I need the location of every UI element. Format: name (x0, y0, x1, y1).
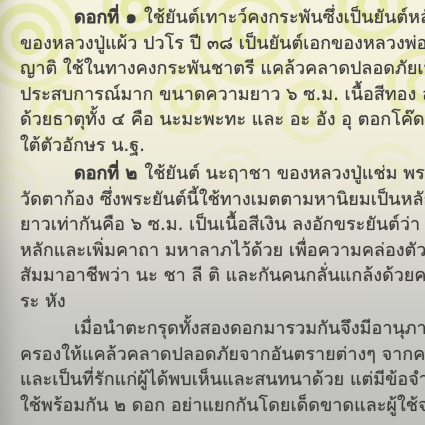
text-line: ประสบการณ์มาก ขนาดความยาว ๖ ซ.ม. เนื้อสี… (20, 82, 415, 108)
text-line: ของหลวงปู่แผ้ว ปวโร ปี ๓๘ เป็นยันต์เอกขอ… (20, 31, 415, 57)
paragraph-1: ดอกที่ ๑ใช้ยันต์เทาะว์คงกระพันซึ่งเป็นยั… (20, 5, 415, 158)
paragraph-lead: ดอกที่ ๑ (74, 7, 137, 28)
text-line: ดอกที่ ๒ใช้ยันต์ นะฤาชา ของหลวงปู่แช่ม พ… (20, 161, 415, 187)
text-line: ใต้ตัวอักษร น.ฐ. (20, 133, 415, 159)
text-line: ยาวเท่ากันคือ ๖ ซ.ม. เป็นเนื้อสีเงิน ลงอ… (20, 212, 415, 238)
text-line: ดอกที่ ๑ใช้ยันต์เทาะว์คงกระพันซึ่งเป็นยั… (20, 5, 415, 31)
text-line: ระ หัง (20, 289, 415, 315)
photo-of-document-page: ดอกที่ ๑ใช้ยันต์เทาะว์คงกระพันซึ่งเป็นยั… (0, 0, 425, 425)
paragraph-3: เมื่อนำตะกรุดทั้งสองดอกมารวมกันจึงมีอานุ… (20, 316, 415, 418)
text-line: วัดตาก้อง ซึ่งพระยันต์นี้ใช้ทางเมตตามหาน… (20, 187, 415, 213)
text-line-rest: ใช้ยันต์ นะฤาชา ของหลวงปู่แช่ม พรหมโชโต (144, 163, 425, 184)
document-text: ดอกที่ ๑ใช้ยันต์เทาะว์คงกระพันซึ่งเป็นยั… (20, 5, 415, 418)
text-line: และเป็นที่รักแก่ผู้ได้พบเห็นและสนทนาด้วย… (20, 367, 415, 393)
text-line: ญาติ ใช้ในทางคงกระพันชาตรี แคล้วคลาดปลอด… (20, 56, 415, 82)
text-line: ใช้พร้อมกัน ๒ ดอก อย่าแยกกันโดยเด็ดขาดแล… (20, 393, 415, 419)
text-line: เมื่อนำตะกรุดทั้งสองดอกมารวมกันจึงมีอานุ… (20, 316, 415, 342)
text-line: สัมมาอาชีพว่า นะ ชา ลี ติ และกันคนกลั่นแ… (20, 263, 415, 289)
text-line: หลักและเพิ่มคาถา มหาลาภไว้ด้วย เพื่อความ… (20, 238, 415, 264)
text-line: ด้วยธาตุทั้ง ๔ คือ นะมะพะทะ และ อะ อัง อ… (20, 107, 415, 133)
paragraph-2: ดอกที่ ๒ใช้ยันต์ นะฤาชา ของหลวงปู่แช่ม พ… (20, 161, 415, 314)
text-line-rest: ใช้ยันต์เทาะว์คงกระพันซึ่งเป็นยันต์หลังเ… (144, 7, 425, 28)
paragraph-lead: ดอกที่ ๒ (74, 163, 137, 184)
text-line: ครองให้แคล้วคลาดปลอดภัยจากอันตรายต่างๆ จ… (20, 342, 415, 368)
